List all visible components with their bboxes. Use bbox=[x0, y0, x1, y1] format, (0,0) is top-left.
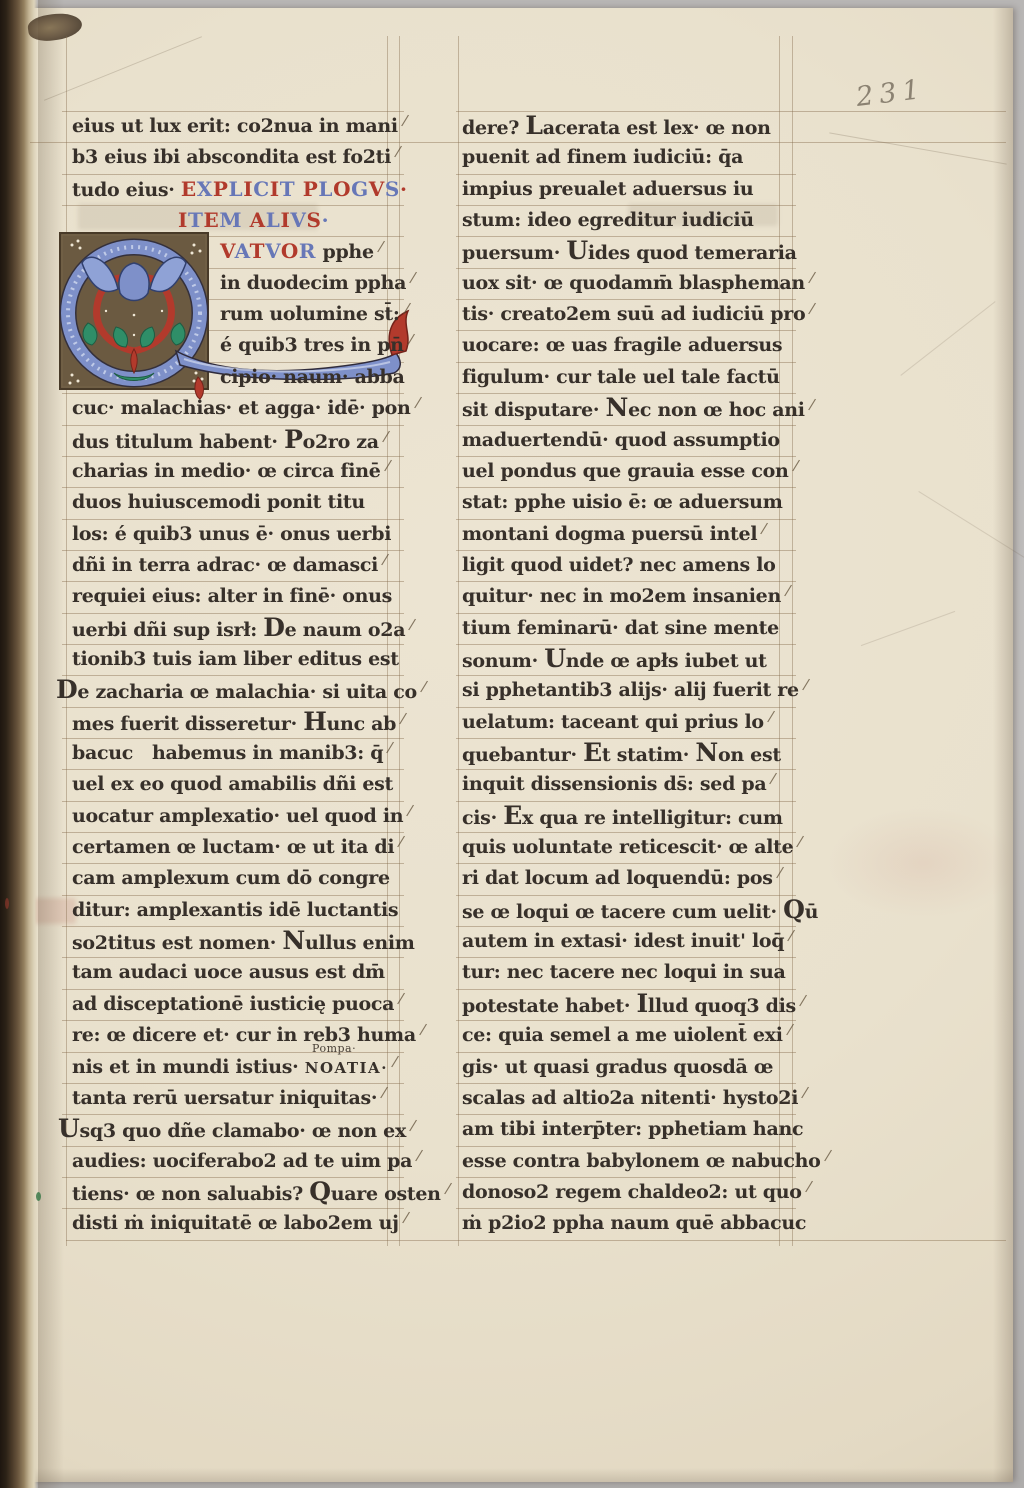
parchment-crease bbox=[44, 36, 202, 101]
text-line: so2titus est nomen· Nullus enim bbox=[72, 926, 415, 958]
parchment-crease bbox=[829, 132, 1006, 164]
text-line: VATVOR pphe/ bbox=[220, 236, 382, 268]
text-line: inquit dissensionis ds̄: sed pa/ bbox=[462, 769, 774, 801]
text-line: uerbi dñi sup isrł: De naum o2a/ bbox=[72, 613, 413, 645]
text-line: ṁ p2io2 ppha naum quē abbacuc bbox=[462, 1208, 806, 1240]
text-line: donoso2 regem chaldeo2: ut quo/ bbox=[462, 1177, 809, 1209]
text-line: tam audaci uoce ausus est dm̄ bbox=[72, 957, 385, 989]
text-line: uelatum: taceant qui prius lo/ bbox=[462, 707, 772, 739]
red-margin-mark bbox=[5, 898, 9, 909]
text-line: tur: nec tacere nec loqui in sua bbox=[462, 957, 786, 989]
text-line: ce: quia semel a me uiolent̄ exi/ bbox=[462, 1020, 790, 1052]
text-line: disti ṁ iniquitatē œ labo2em uj/ bbox=[72, 1208, 406, 1240]
interlinear-gloss: Pompa· bbox=[312, 1043, 356, 1054]
text-line: tiens· œ non saluabis? Quare osten/ bbox=[72, 1177, 448, 1209]
text-line: puersum· Uides quod temeraria bbox=[462, 236, 797, 268]
text-line: tionib3 tuis iam liber editus est bbox=[72, 644, 399, 676]
photo-backdrop: eius ut lux erit: co2nua in mani/b3 eius… bbox=[0, 0, 1024, 1488]
text-line: impius preualet aduersus iu bbox=[462, 174, 753, 206]
text-line: in duodecim ppha/ bbox=[220, 268, 414, 300]
text-line: quitur· nec in mo2em insanien/ bbox=[462, 581, 789, 613]
text-line: potestate habet· Illud quoq3 dis/ bbox=[462, 989, 804, 1021]
text-line: puenit ad finem iudiciū: q̄a bbox=[462, 142, 743, 174]
green-margin-mark bbox=[36, 1192, 41, 1201]
left-text-column: eius ut lux erit: co2nua in mani/b3 eius… bbox=[72, 111, 404, 1243]
text-line: ligit quod uidet? nec amens lo bbox=[462, 550, 776, 582]
page-bottom-shadow bbox=[8, 1468, 1013, 1482]
text-line: quis uoluntate reticescit· œ alte/ bbox=[462, 832, 801, 864]
text-line: uel ex eo quod amabilis dñi est bbox=[72, 769, 393, 801]
text-line: sit disputare· Nec non œ hoc ani/ bbox=[462, 393, 812, 425]
text-line: scalas ad altio2a nitenti· hysto2i/ bbox=[462, 1083, 806, 1115]
text-line: é quib3 tres in pn̄/ bbox=[220, 330, 411, 362]
text-line: cuc· malachias· et agga· idē· pon/ bbox=[72, 393, 418, 425]
text-line: certamen œ luctam· œ ut ita di/ bbox=[72, 832, 402, 864]
text-line: uel pondus que grauia esse con/ bbox=[462, 456, 796, 488]
parchment-stain bbox=[828, 808, 1018, 918]
text-line: cis· Ex qua re intelligitur: cum bbox=[462, 801, 783, 833]
text-line: Usq3 quo dñe clamabo· œ non ex/ bbox=[58, 1114, 414, 1146]
text-line: autem in extasi· idest inuit' loq̄/ bbox=[462, 926, 792, 958]
right-text-column: dere? Lacerata est lex· œ nonpuenit ad f… bbox=[462, 111, 798, 1243]
text-line: ITEM ALIVS· bbox=[178, 205, 329, 237]
text-line: nis et in mundi istius· NOATIA·/Pompa· bbox=[72, 1052, 396, 1084]
parchment-scratch bbox=[861, 611, 955, 646]
text-line: cam amplexum cum dō congre bbox=[72, 863, 390, 895]
text-line: am tibi interp̄ter: pphetiam hanc bbox=[462, 1114, 803, 1146]
text-line: re: œ dicere et· cur in reb3 huma/ bbox=[72, 1020, 424, 1052]
text-line: duos huiuscemodi ponit titu bbox=[72, 487, 365, 519]
text-line: De zacharia œ malachia· si uita co/ bbox=[56, 675, 425, 707]
text-line: tudo eius· EXPLICIT PLOGVS· bbox=[72, 174, 408, 206]
text-line: esse contra babylonem œ nabucho/ bbox=[462, 1146, 828, 1178]
text-line: figulum· cur tale uel tale factū bbox=[462, 362, 780, 394]
text-line: maduertendū· quod assumptio bbox=[462, 425, 780, 457]
text-line: ditur: amplexantis idē luctantis bbox=[72, 895, 398, 927]
text-line: ad disceptationē iusticię puoca/ bbox=[72, 989, 402, 1021]
text-line: mes fuerit disseretur· Hunc ab/ bbox=[72, 707, 404, 739]
text-line: stum: ideo egreditur iudiciū bbox=[462, 205, 754, 237]
text-line: stat: pphe uisio ē: œ aduersum bbox=[462, 487, 783, 519]
parchment-scratch bbox=[900, 301, 995, 376]
text-line: b3 eius ibi abscondita est fo2ti/ bbox=[72, 142, 399, 174]
text-line: dñi in terra adrac· œ damasci/ bbox=[72, 550, 386, 582]
text-line: uocare: œ uas fragile aduersus bbox=[462, 330, 782, 362]
text-line: si pphetantib3 alijs· alij fuerit re/ bbox=[462, 675, 807, 707]
text-line: gis· ut quasi gradus quosdā œ bbox=[462, 1052, 773, 1084]
line-end-tick: / bbox=[380, 421, 392, 451]
text-line: bacuc habemus in manib3: q̄/ bbox=[72, 738, 391, 770]
page-edge-shadow bbox=[993, 8, 1013, 1482]
line-end-tick: / bbox=[782, 575, 794, 605]
text-line: requiei eius: alter in finē· onus bbox=[72, 581, 392, 613]
text-line: dere? Lacerata est lex· œ non bbox=[462, 111, 771, 143]
text-line: ri dat locum ad loquendū: pos/ bbox=[462, 863, 780, 895]
gutter-crease bbox=[38, 0, 64, 1488]
text-line: tis· creato2em suū ad iudiciū pro/ bbox=[462, 299, 813, 331]
text-line: uox sit· œ quodamm̄ blaspheman/ bbox=[462, 268, 813, 300]
line-end-tick: / bbox=[375, 231, 387, 261]
text-line: audies: uociferabo2 ad te uim pa/ bbox=[72, 1146, 420, 1178]
text-line: se œ loqui œ tacere cum uelit· Qū bbox=[462, 895, 818, 927]
book-binding-edge bbox=[0, 0, 38, 1488]
text-line: charias in medio· œ circa finē/ bbox=[72, 456, 388, 488]
text-line: sonum· Unde œ apłs iubet ut bbox=[462, 644, 767, 676]
text-line: montani dogma puersū intel/ bbox=[462, 519, 765, 551]
text-line: uocatur amplexatio· uel quod in/ bbox=[72, 801, 411, 833]
text-line: eius ut lux erit: co2nua in mani/ bbox=[72, 111, 406, 143]
text-line: los: é quib3 unus ē· onus uerbi bbox=[72, 519, 391, 551]
text-line: rum uolumine st̄:/ bbox=[220, 299, 407, 331]
text-line: tium feminarū· dat sine mente bbox=[462, 613, 779, 645]
text-line: dus titulum habent· Po2ro za/ bbox=[72, 425, 387, 457]
text-line: tanta rerū uersatur iniquitas·/ bbox=[72, 1083, 385, 1115]
text-line: cipio· naum· abba bbox=[220, 362, 405, 394]
text-line: quebantur· Et statim· Non est bbox=[462, 738, 781, 770]
